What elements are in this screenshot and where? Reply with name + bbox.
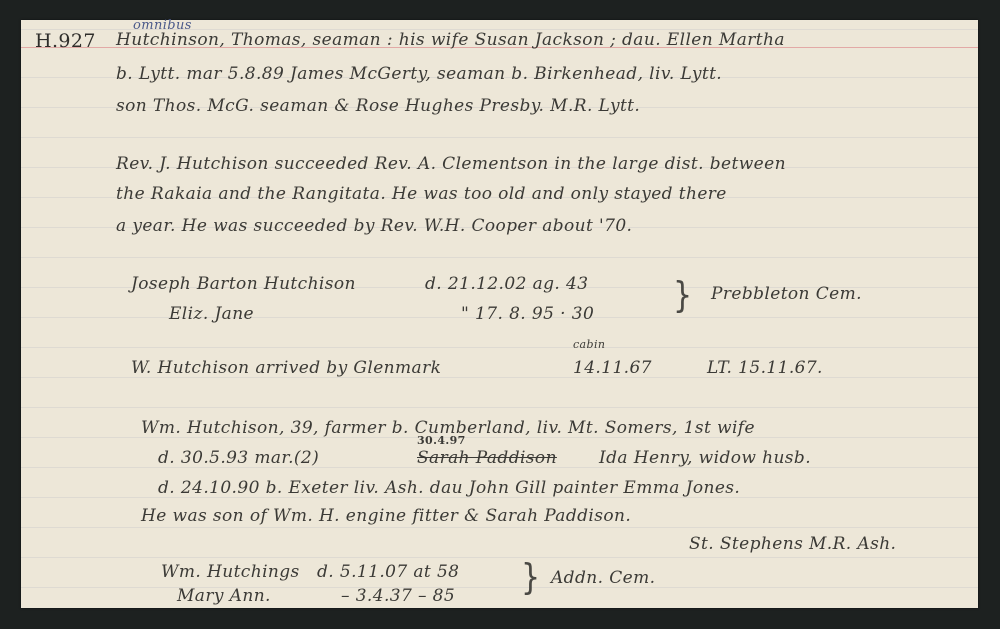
entry5-church: St. Stephens M.R. Ash. [689, 534, 896, 554]
entry2-line1: Rev. J. Hutchison succeeded Rev. A. Clem… [116, 154, 786, 174]
index-card: H.927 omnibus Hutchinson, Thomas, seaman… [21, 20, 978, 608]
entry3-row1-name: Joseph Barton Hutchison [131, 274, 356, 294]
entry3-row2-dates: " 17. 8. 95 · 30 [461, 304, 594, 324]
entry2-line3: a year. He was succeeded by Rev. W.H. Co… [116, 216, 632, 236]
entry6-row1-name: Wm. Hutchings [161, 562, 300, 582]
entry1-line2: b. Lytt. mar 5.8.89 James McGerty, seama… [116, 64, 722, 84]
entry1-line1: Hutchinson, Thomas, seaman : his wife Su… [116, 30, 785, 50]
entry3-row1-dates: d. 21.12.02 ag. 43 [425, 274, 588, 294]
entry3-row2-name: Eliz. Jane [169, 304, 254, 324]
entry3-cemetery: Prebbleton Cem. [711, 284, 862, 304]
entry5-insert-date: 30.4.97 [417, 434, 466, 447]
entry6-row2-name: Mary Ann. [177, 586, 271, 606]
entry4-insert: cabin [573, 338, 605, 351]
bracket-icon: } [673, 275, 693, 317]
bracket-icon: } [521, 557, 541, 599]
entry4-text: W. Hutchison arrived by Glenmark [131, 358, 441, 378]
card-reference: H.927 [35, 30, 96, 52]
entry5-line2b: Ida Henry, widow husb. [599, 448, 811, 468]
entry5-line2a: d. 30.5.93 mar.(2) [158, 448, 319, 468]
entry5-struck-name: Sarah Paddison [417, 448, 557, 468]
entry2-line2: the Rakaia and the Rangitata. He was too… [116, 184, 727, 204]
entry6-cemetery: Addn. Cem. [551, 568, 655, 588]
entry4-ref: LT. 15.11.67. [707, 358, 823, 378]
entry1-line3: son Thos. McG. seaman & Rose Hughes Pres… [116, 96, 640, 116]
entry5-line3: d. 24.10.90 b. Exeter liv. Ash. dau John… [158, 478, 740, 498]
entry6-row1-dates: d. 5.11.07 at 58 [317, 562, 459, 582]
entry6-row2-dates: – 3.4.37 – 85 [341, 586, 455, 606]
entry4-date: 14.11.67 [573, 358, 652, 378]
entry5-line4: He was son of Wm. H. engine fitter & Sar… [141, 506, 631, 526]
